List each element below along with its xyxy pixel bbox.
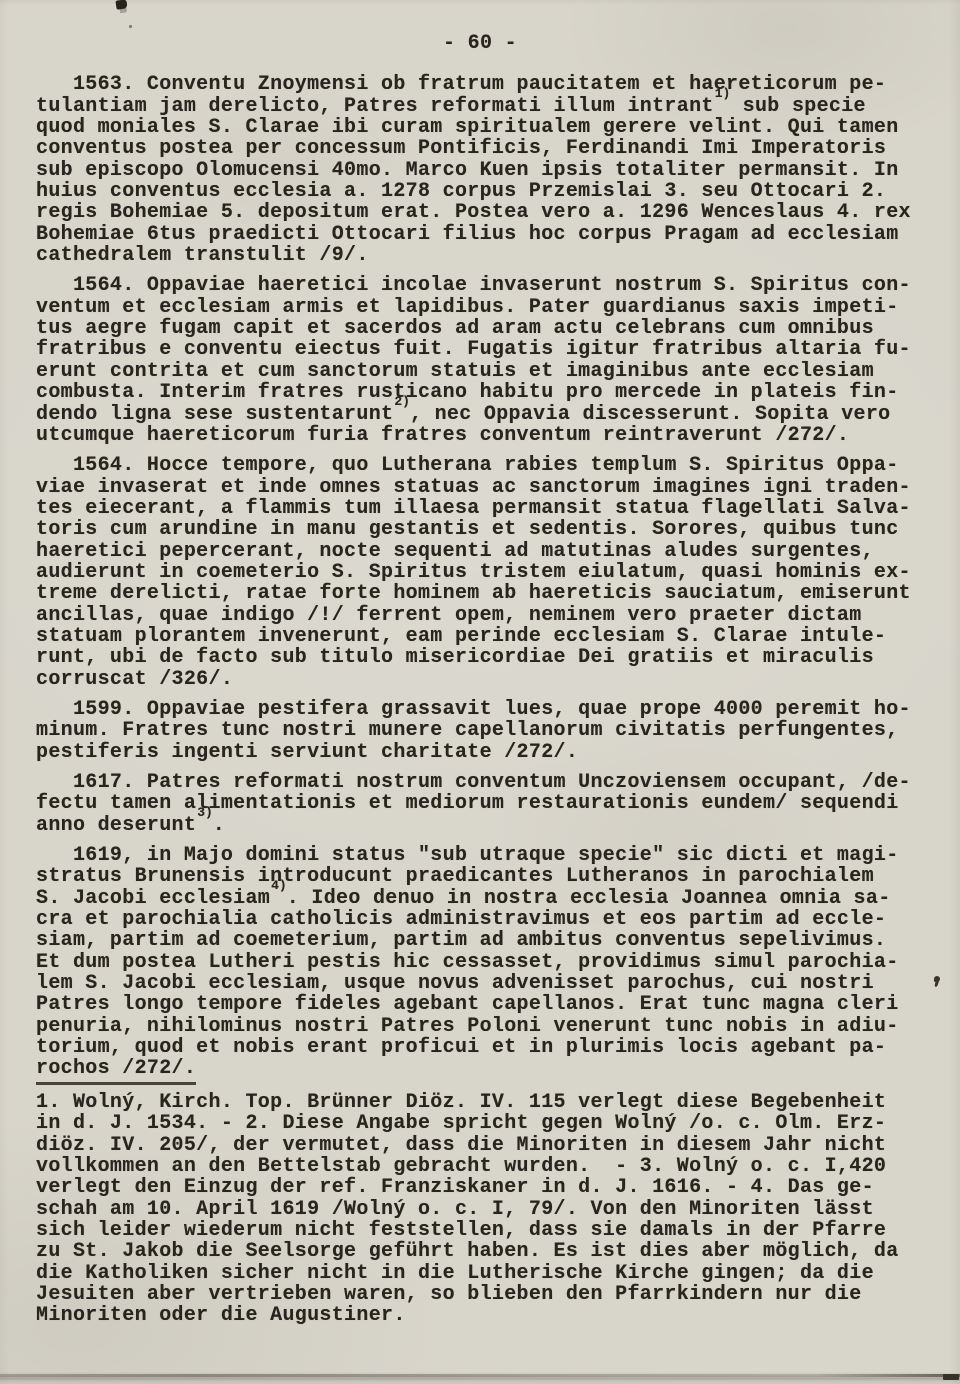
page-number: - 60 - <box>36 33 924 54</box>
text-line: diöz. IV. 205/, der vermutet, dass die M… <box>36 1135 924 1156</box>
text-line: vollkommen an den Bettelstab gebracht wu… <box>36 1156 924 1177</box>
text-line: pestiferis ingenti serviunt charitate /2… <box>36 742 924 763</box>
paragraph: 1599. Oppaviae pestifera grassavit lues,… <box>36 699 924 763</box>
text-line: cathedralem transtulit /9/. <box>36 245 924 266</box>
text-line: tus aegre fugam capit et sacerdos ad ara… <box>36 318 924 339</box>
text-line: 1619, in Majo domini status "sub utraque… <box>36 845 924 866</box>
text-line: 1617. Patres reformati nostrum conventum… <box>36 772 924 793</box>
text-line: rochos /272/. <box>36 1058 924 1079</box>
ink-mark-right-margin <box>934 976 940 982</box>
text-line: tes eiecerant, a flammis tum illaesa per… <box>36 498 924 519</box>
footnotes-block: 1. Wolný, Kirch. Top. Brünner Diöz. IV. … <box>36 1092 924 1327</box>
text-line: utcumque haereticorum furia fratres conv… <box>36 425 924 446</box>
text-line: audierunt in coemeterio S. Spiritus tris… <box>36 562 924 583</box>
footnote-marker: 2) <box>394 394 410 409</box>
paragraph: 1563. Conventu Znoymensi ob fratrum pauc… <box>36 74 924 266</box>
text-line: statuam plorantem invenerunt, eam perind… <box>36 626 924 647</box>
text-line: zu St. Jakob die Seelsorge geführt haben… <box>36 1241 924 1262</box>
text-line: huius conventus ecclesia a. 1278 corpus … <box>36 181 924 202</box>
paragraph: 1564. Oppaviae haeretici incolae invaser… <box>36 275 924 446</box>
text-line: stratus Brunensis introducunt praedicant… <box>36 866 924 887</box>
scanned-page: - 60 - 1563. Conventu Znoymensi ob fratr… <box>0 0 960 1384</box>
text-line: toris cum arundine in manu gestantis et … <box>36 519 924 540</box>
text-line: quod moniales S. Clarae ibi curam spirit… <box>36 117 924 138</box>
text-line: 1563. Conventu Znoymensi ob fratrum pauc… <box>36 74 924 95</box>
paragraph: 1617. Patres reformati nostrum conventum… <box>36 772 924 836</box>
page-body: 1563. Conventu Znoymensi ob fratrum pauc… <box>36 74 924 1079</box>
text-line: haeretici pepercerant, nocte sequenti ad… <box>36 541 924 562</box>
text-line: sub episcopo Olomucensi 40mo. Marco Kuen… <box>36 160 924 181</box>
footnote-marker: 4) <box>271 878 287 893</box>
text-line: Minoriten oder die Augustiner. <box>36 1305 924 1326</box>
text-line: schah am 10. April 1619 /Wolný o. c. I, … <box>36 1199 924 1220</box>
text-line: lem S. Jacobi ecclesiam, usque novus adv… <box>36 973 924 994</box>
ink-dot-top-left <box>129 25 132 28</box>
text-line: fratribus e conventu eiectus fuit. Fugat… <box>36 339 924 360</box>
text-line: ventum et ecclesiam armis et lapidibus. … <box>36 297 924 318</box>
ink-mark-bottom-right <box>943 1374 959 1380</box>
paragraph: 1619, in Majo domini status "sub utraque… <box>36 845 924 1080</box>
text-line: penuria, nihilominus nostri Patres Polon… <box>36 1016 924 1037</box>
text-line: treme derelicti, ratae forte hominem ab … <box>36 583 924 604</box>
footnote-marker: 1) <box>715 86 731 101</box>
text-line: dendo ligna sese sustentarunt2), nec Opp… <box>36 404 924 425</box>
text-line: runt, ubi de facto sub titulo misericord… <box>36 647 924 668</box>
text-line: die Katholiken sicher nicht in die Luthe… <box>36 1263 924 1284</box>
text-line: Bohemiae 6tus praedicti Ottocari filius … <box>36 224 924 245</box>
text-line: Et dum postea Lutheri pestis hic cessass… <box>36 952 924 973</box>
text-line: tulantiam jam derelicto, Patres reformat… <box>36 96 924 117</box>
text-line: combusta. Interim fratres rusticano habi… <box>36 382 924 403</box>
footnote-marker: 3) <box>197 805 213 820</box>
text-line: verlegt den Einzug der ref. Franziskaner… <box>36 1177 924 1198</box>
text-line: regis Bohemiae 5. depositum erat. Postea… <box>36 202 924 223</box>
text-line: sich leider wiederum nicht feststellen, … <box>36 1220 924 1241</box>
text-line: minum. Fratres tunc nostri munere capell… <box>36 720 924 741</box>
text-line: anno deserunt3). <box>36 815 924 836</box>
paragraph: 1564. Hocce tempore, quo Lutherana rabie… <box>36 455 924 690</box>
text-line: corruscat /326/. <box>36 669 924 690</box>
text-line: Jesuiten aber vertrieben waren, so blieb… <box>36 1284 924 1305</box>
text-line: S. Jacobi ecclesiam4). Ideo denuo in nos… <box>36 888 924 909</box>
text-line: 1564. Oppaviae haeretici incolae invaser… <box>36 275 924 296</box>
text-line: 1564. Hocce tempore, quo Lutherana rabie… <box>36 455 924 476</box>
text-line: torium, quod et nobis erant proficui et … <box>36 1037 924 1058</box>
scan-bottom-edge <box>0 1372 960 1384</box>
text-line: in d. J. 1534. - 2. Diese Angabe spricht… <box>36 1113 924 1134</box>
text-line: ancillas, quae indigo /!/ ferrent opem, … <box>36 605 924 626</box>
text-line: viae invaserat et inde omnes statuas ac … <box>36 477 924 498</box>
text-line: conventus postea per concessum Pontifici… <box>36 138 924 159</box>
text-line: 1599. Oppaviae pestifera grassavit lues,… <box>36 699 924 720</box>
text-line: siam, partim ad coemeterium, partim ad a… <box>36 930 924 951</box>
text-line: cra et parochialia catholicis administra… <box>36 909 924 930</box>
text-line: 1. Wolný, Kirch. Top. Brünner Diöz. IV. … <box>36 1092 924 1113</box>
text-line: fectu tamen alimentationis et mediorum r… <box>36 793 924 814</box>
footnote-separator-underline: rochos /272/. <box>36 1058 196 1084</box>
text-line: erunt contrita et cum sanctorum statuis … <box>36 361 924 382</box>
ink-smudge-top-left <box>115 0 127 10</box>
text-line: Patres longo tempore fideles agebant cap… <box>36 994 924 1015</box>
